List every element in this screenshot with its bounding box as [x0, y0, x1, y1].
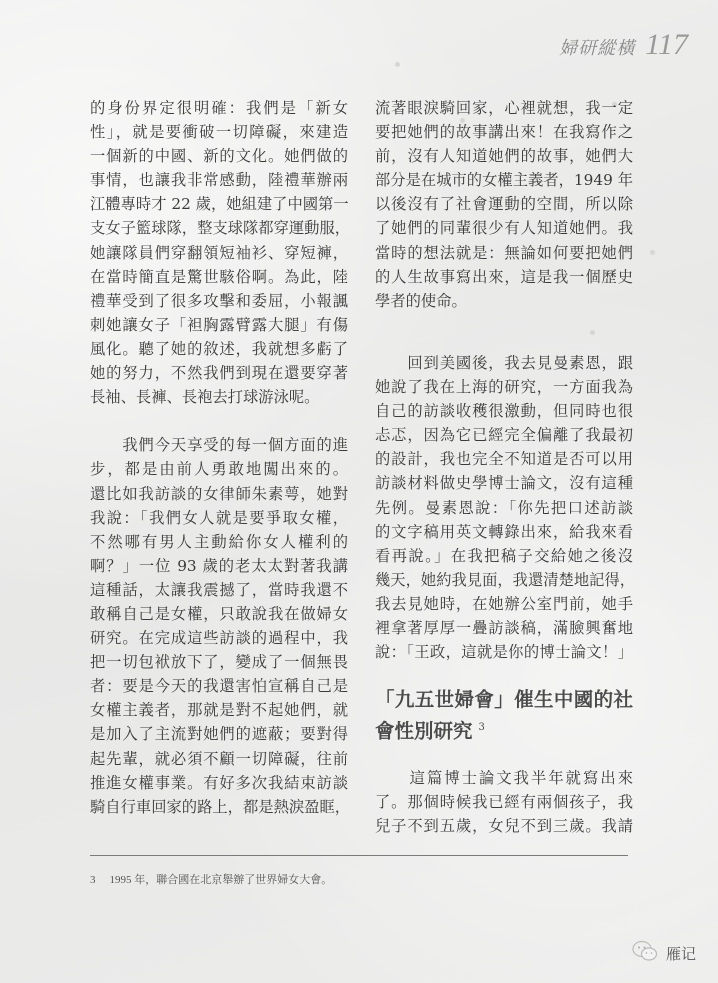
footnote-text: 1995 年，聯合國在北京舉辦了世界婦女大會。	[110, 874, 333, 886]
heading-line: 「九五世婦會」催生中國的社	[375, 686, 633, 714]
footnote: 31995 年，聯合國在北京舉辦了世界婦女大會。	[90, 871, 332, 887]
text-line: 說：「王政，這就是你的博士論文！」	[375, 640, 633, 664]
paragraph: 這篇博士論文我半年就寫出來 了。那個時候我已經有兩個孩子，我 兒子不到五歲，女兒…	[375, 766, 633, 838]
right-column: 流著眼淚騎回家，心裡就想，我一定 要把她們的故事講出來！在我寫作之 前，沒有人知…	[375, 96, 633, 838]
text-line: 這種話，太讓我震撼了，當時我還不	[90, 578, 348, 602]
text-line: 不然哪有男人主動給你女人權利的	[90, 530, 348, 554]
text-line: 研究。在完成這些訪談的過程中，我	[90, 626, 348, 650]
paragraph: 的身份界定很明確：我們是「新女 性」，就是要衝破一切障礙，來建造 一個新的中國、…	[90, 96, 348, 409]
text-line: 以後沒有了社會運動的空間，所以除	[375, 192, 633, 216]
text-line: 了她們的同輩很少有人知道她們。我	[375, 216, 633, 240]
text-line: 要把她們的故事講出來！在我寫作之	[375, 120, 633, 144]
paragraph: 流著眼淚騎回家，心裡就想，我一定 要把她們的故事講出來！在我寫作之 前，沒有人知…	[375, 96, 633, 313]
footnote-reference[interactable]: 3	[479, 722, 485, 733]
text-line: 步，都是由前人勇敢地闖出來的。	[90, 457, 348, 481]
text-line: 先例。曼素恩說：「你先把口述訪談	[375, 496, 633, 520]
text-line: 她讓隊員們穿翻領短袖衫、穿短褲，	[90, 241, 348, 265]
section-heading: 「九五世婦會」催生中國的社 會性別研究3	[375, 686, 633, 742]
text-line: 把一切包袱放下了，變成了一個無畏	[90, 650, 348, 674]
text-line: 起先輩，就必須不顧一切障礙，往前	[90, 747, 348, 771]
text-line: 她說了我在上海的研究，一方面我為	[375, 375, 633, 399]
text-line: 者：要是今天的我還害怕宣稱自己是	[90, 674, 348, 698]
heading-spacer	[375, 742, 633, 766]
text-line: 了。那個時候我已經有兩個孩子，我	[375, 790, 633, 814]
text-line: 是加入了主流對她們的遮蔽；要對得	[90, 722, 348, 746]
text-line: 江體專時才 22 歲，她組建了中國第一	[90, 192, 348, 216]
heading-text: 會性別研究	[375, 720, 473, 743]
left-column: 的身份界定很明確：我們是「新女 性」，就是要衝破一切障礙，來建造 一個新的中國、…	[90, 96, 348, 819]
text-line: 的文字稿用英文轉錄出來，給我來看	[375, 520, 633, 544]
paragraph: 回到美國後，我去見曼素恩，跟 她說了我在上海的研究，一方面我為 自己的訪談收穫很…	[375, 351, 633, 664]
text-line: 自己的訪談收穫很激動，但同時也很	[375, 399, 633, 423]
paper-speckle	[650, 250, 655, 255]
text-line: 忐忑，因為它已經完全偏離了我最初	[375, 423, 633, 447]
page-number: 117	[645, 28, 688, 62]
text-line: 流著眼淚騎回家，心裡就想，我一定	[375, 96, 633, 120]
text-line: 這篇博士論文我半年就寫出來	[375, 766, 633, 790]
text-line: 看再說。」在我把稿子交給她之後沒	[375, 544, 633, 568]
text-line: 當時的想法就是：無論如何要把她們	[375, 241, 633, 265]
text-line: 的身份界定很明確：我們是「新女	[90, 96, 348, 120]
text-line: 她的努力，不然我們到現在還要穿著	[90, 361, 348, 385]
text-line: 部分是在城市的女權主義者，1949 年	[375, 168, 633, 192]
text-line: 的人生故事寫出來，這是我一個歷史	[375, 265, 633, 289]
heading-line-2: 會性別研究3	[375, 714, 633, 742]
text-line: 事情，也讓我非常感動，陸禮華辦兩	[90, 168, 348, 192]
page-header: 婦研縱橫 117	[559, 28, 688, 62]
text-line: 敢稱自己是女權，只敢說我在做婦女	[90, 602, 348, 626]
text-line: 前，沒有人知道她們的故事，她們大	[375, 144, 633, 168]
text-line: 風化。聽了她的敘述，我就想多虧了	[90, 337, 348, 361]
running-title: 婦研縱橫	[559, 34, 635, 60]
text-line: 裡拿著厚厚一疊訪談稿，滿臉興奮地	[375, 616, 633, 640]
text-line: 訪談材料做史學博士論文，沒有這種	[375, 471, 633, 495]
text-line: 支女子籃球隊，整支球隊都穿運動服，	[90, 216, 348, 240]
text-line: 推進女權事業。有好多次我結束訪談	[90, 771, 348, 795]
watermark: 雁记	[632, 940, 696, 966]
heading-spacer	[375, 664, 633, 686]
text-line: 刺她讓女子「袒胸露臂露大腿」有傷	[90, 313, 348, 337]
paragraph-gap	[375, 313, 633, 337]
text-line: 的設計，我也完全不知道是否可以用	[375, 447, 633, 471]
footnote-number: 3	[90, 874, 96, 886]
footnote-divider	[90, 855, 628, 856]
paragraph-gap	[375, 337, 633, 351]
text-line: 長袖、長褲、長袍去打球游泳呢。	[90, 385, 348, 409]
text-line: 騎自行車回家的路上，都是熱淚盈眶，	[90, 795, 348, 819]
text-line: 在當時簡直是驚世駭俗啊。為此，陸	[90, 265, 348, 289]
text-line: 學者的使命。	[375, 289, 633, 313]
text-line: 幾天，她約我見面，我還清楚地記得，	[375, 568, 633, 592]
text-line: 我們今天享受的每一個方面的進	[90, 433, 348, 457]
text-line: 禮華受到了很多攻擊和委屈，小報諷	[90, 289, 348, 313]
text-line: 女權主義者，那就是對不起她們，就	[90, 698, 348, 722]
text-line: 啊？」一位 93 歲的老太太對著我講	[90, 554, 348, 578]
text-line: 兒子不到五歲，女兒不到三歲。我請	[375, 814, 633, 838]
text-line: 回到美國後，我去見曼素恩，跟	[375, 351, 633, 375]
watermark-label: 雁记	[666, 943, 696, 964]
paper-speckle	[395, 62, 400, 67]
wechat-icon	[632, 940, 658, 966]
text-line: 還比如我訪談的女律師朱素萼，她對	[90, 482, 348, 506]
text-line: 性」，就是要衝破一切障礙，來建造	[90, 120, 348, 144]
text-line: 我說：「我們女人就是要爭取女權，	[90, 506, 348, 530]
text-line: 我去見她時，在她辦公室門前，她手	[375, 592, 633, 616]
paragraph: 我們今天享受的每一個方面的進 步，都是由前人勇敢地闖出來的。 還比如我訪談的女律…	[90, 433, 348, 819]
text-line: 一個新的中國、新的文化。她們做的	[90, 144, 348, 168]
paragraph-gap	[90, 409, 348, 433]
